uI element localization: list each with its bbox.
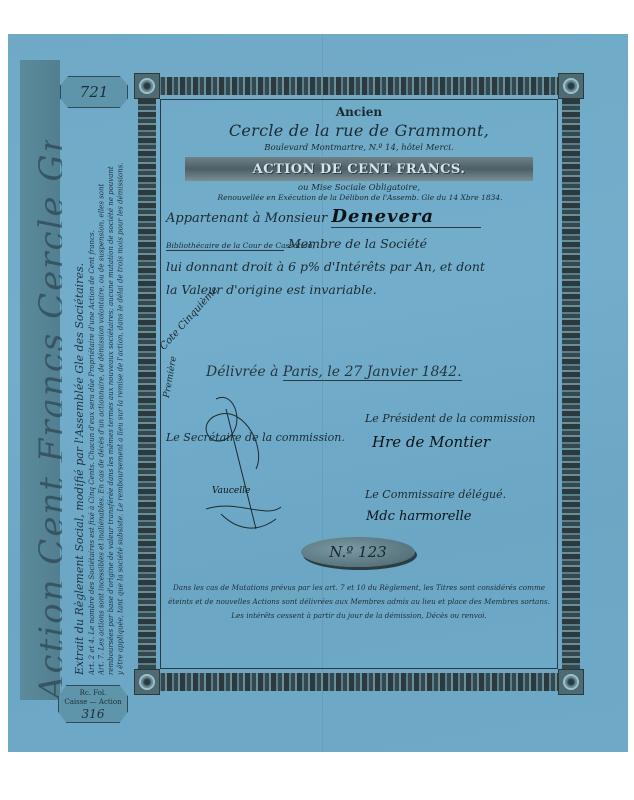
rights-line: lui donnant droit à 6 p% d'Intérêts par … bbox=[166, 259, 485, 274]
border-left bbox=[138, 99, 156, 671]
stub-script-text: Action Cent Francs Cercle Grammont bbox=[32, 140, 62, 700]
certificate-title: ACTION DE CENT FRANCS. bbox=[253, 162, 466, 177]
club-name: Cercle de la rue de Grammont, bbox=[160, 121, 558, 140]
commissioner-signature: Mdc harmorelle bbox=[366, 509, 471, 524]
annotation-premiere: Première bbox=[162, 356, 179, 399]
border-right bbox=[562, 99, 580, 671]
regulation-article: Art. 2 et 4. Le nombre des Sociétaires e… bbox=[88, 130, 98, 675]
certificate-number-oval: N.º 123 bbox=[301, 537, 415, 567]
header-ancien: Ancien bbox=[160, 105, 558, 119]
mutation-clause: Dans les cas de Mutations prévus par les… bbox=[164, 581, 554, 623]
corner-rosette-icon bbox=[558, 73, 584, 99]
registry-label: Rc. Fol. Caisse — Action 316 bbox=[58, 685, 128, 723]
secretary-flourish-icon bbox=[196, 389, 286, 539]
issued-line: Délivrée à Paris, le 27 Janvier 1842. bbox=[206, 364, 462, 380]
owner-title: Bibliothécaire de la Cour de Cassation, bbox=[166, 241, 284, 251]
regulation-extract: Extrait du Règlement Social, modifié par… bbox=[72, 130, 134, 675]
issued-label: Délivrée à bbox=[206, 364, 278, 380]
member-line: Bibliothécaire de la Cour de Cassation, … bbox=[166, 236, 427, 251]
president-label: Le Président de la commission bbox=[365, 412, 536, 425]
owner-prefix: Appartenant à Monsieur bbox=[166, 211, 327, 226]
regulation-article: y être appliquée, tant que la société su… bbox=[117, 130, 127, 675]
club-address: Boulevard Montmartre, N.º 14, hôtel Merc… bbox=[160, 143, 558, 153]
certificate-subtitle: ou Mise Sociale Obligatoire, bbox=[160, 183, 558, 193]
secretary-signature: Vaucelle bbox=[212, 486, 250, 496]
owner-line: Appartenant à Monsieur Denevera bbox=[166, 206, 481, 228]
owner-name-field: Denevera bbox=[331, 206, 481, 228]
secretary-label: Le Secrétaire de la commission. bbox=[166, 431, 345, 444]
title-banner: ACTION DE CENT FRANCS. bbox=[185, 157, 533, 181]
corner-rosette-icon bbox=[134, 669, 160, 695]
border-bottom bbox=[154, 673, 564, 691]
regulation-article: Art. 7. Les actions sont incessibles et … bbox=[98, 130, 108, 675]
corner-rosette-icon bbox=[558, 669, 584, 695]
president-signature: Hre de Montier bbox=[372, 433, 490, 451]
counterfoil-serial-number: 721 bbox=[60, 76, 128, 108]
registry-folio-label: Rc. Fol. bbox=[59, 689, 127, 698]
registry-action-label: Caisse — Action bbox=[59, 698, 127, 707]
ornamental-frame: Ancien Cercle de la rue de Grammont, Bou… bbox=[134, 73, 584, 698]
renewal-note: Renouvellée en Exécution de la Délibon d… bbox=[164, 193, 556, 202]
commissioner-label: Le Commissaire délégué. bbox=[365, 488, 506, 501]
regulation-extract-title: Extrait du Règlement Social, modifié par… bbox=[72, 130, 88, 675]
certificate-body: Ancien Cercle de la rue de Grammont, Bou… bbox=[160, 99, 558, 669]
registry-number: 316 bbox=[59, 707, 127, 721]
issued-place-date: Paris, le 27 Janvier 1842. bbox=[283, 364, 462, 381]
owner-name: Denevera bbox=[331, 206, 434, 227]
member-text: Membre de la Société bbox=[288, 236, 427, 251]
value-line: la Valeur d'origine est invariable. bbox=[166, 282, 377, 297]
corner-rosette-icon bbox=[134, 73, 160, 99]
border-top bbox=[154, 77, 564, 95]
counterfoil-stub: Action Cent Francs Cercle Grammont bbox=[20, 60, 60, 700]
regulation-article: remboursées par base d'origine de valeur… bbox=[107, 130, 117, 675]
